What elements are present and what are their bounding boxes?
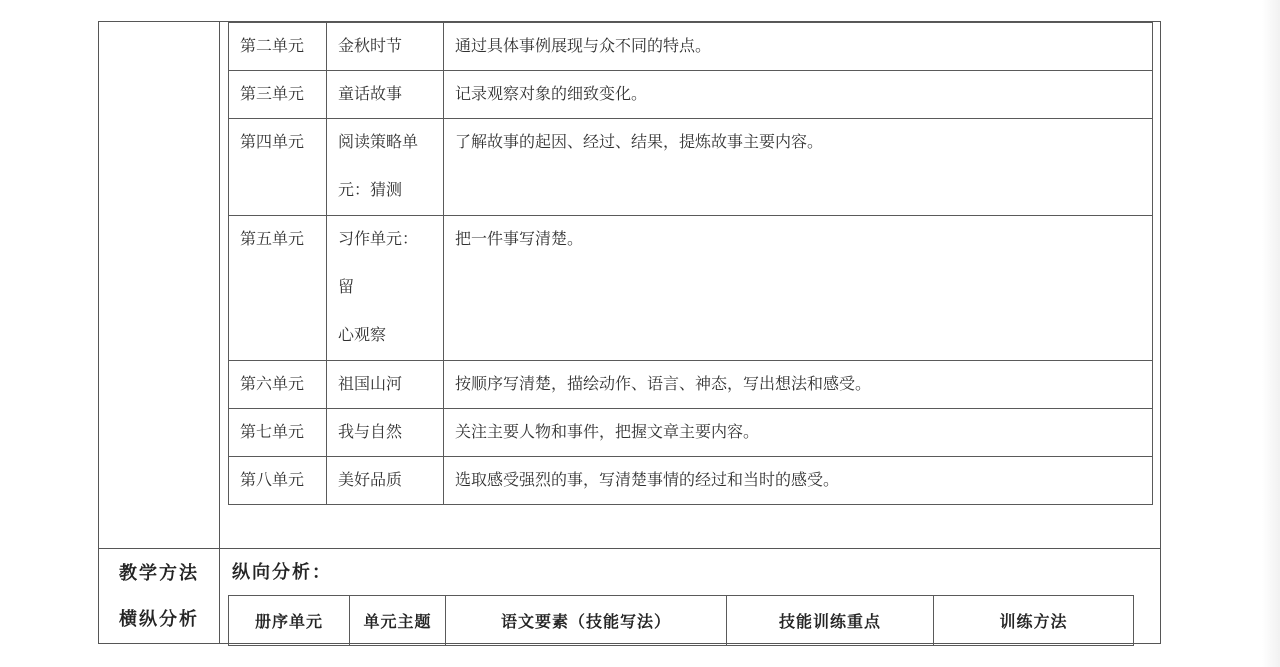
- analysis-column-header: 训练方法: [934, 596, 1134, 646]
- unit-point-cell: 选取感受强烈的事，写清楚事情的经过和当时的感受。: [444, 457, 1153, 505]
- document-page: 第二单元金秋时节通过具体事例展现与众不同的特点。第三单元童话故事记录观察对象的细…: [0, 0, 1280, 667]
- table-row: 第八单元美好品质选取感受强烈的事，写清楚事情的经过和当时的感受。: [229, 457, 1153, 505]
- table-row: 第四单元阅读策略单 元：猜测了解故事的起因、经过、结果，提炼故事主要内容。: [229, 119, 1153, 216]
- unit-number-cell: 第二单元: [229, 23, 327, 71]
- method-row-divider: [99, 548, 1160, 549]
- photo-edge-fade: [1262, 0, 1280, 667]
- method-label-line2: 横纵分析: [99, 596, 219, 642]
- unit-number-cell: 第五单元: [229, 216, 327, 361]
- analysis-header-row: 册序单元单元主题语文要素（技能写法）技能训练重点训练方法: [229, 596, 1134, 646]
- unit-theme-cell: 我与自然: [327, 409, 444, 457]
- analysis-column-header: 册序单元: [229, 596, 350, 646]
- unit-point-cell: 按顺序写清楚，描绘动作、语言、神态，写出想法和感受。: [444, 361, 1153, 409]
- table-row: 第三单元童话故事记录观察对象的细致变化。: [229, 71, 1153, 119]
- unit-number-cell: 第四单元: [229, 119, 327, 216]
- unit-point-cell: 关注主要人物和事件，把握文章主要内容。: [444, 409, 1153, 457]
- unit-theme-cell: 祖国山河: [327, 361, 444, 409]
- unit-theme-cell: 童话故事: [327, 71, 444, 119]
- unit-point-cell: 把一件事写清楚。: [444, 216, 1153, 361]
- unit-number-cell: 第三单元: [229, 71, 327, 119]
- unit-theme-cell: 美好品质: [327, 457, 444, 505]
- unit-number-cell: 第八单元: [229, 457, 327, 505]
- label-column-divider: [219, 22, 220, 643]
- method-label-line1: 教学方法: [99, 550, 219, 596]
- table-row: 第二单元金秋时节通过具体事例展现与众不同的特点。: [229, 23, 1153, 71]
- unit-theme-cell: 习作单元：留 心观察: [327, 216, 444, 361]
- unit-point-cell: 记录观察对象的细致变化。: [444, 71, 1153, 119]
- table-row: 第五单元习作单元：留 心观察把一件事写清楚。: [229, 216, 1153, 361]
- analysis-column-header: 单元主题: [350, 596, 446, 646]
- units-table: 第二单元金秋时节通过具体事例展现与众不同的特点。第三单元童话故事记录观察对象的细…: [228, 22, 1153, 505]
- analysis-column-header: 语文要素（技能写法）: [446, 596, 727, 646]
- unit-point-cell: 通过具体事例展现与众不同的特点。: [444, 23, 1153, 71]
- table-row: 第六单元祖国山河按顺序写清楚，描绘动作、语言、神态，写出想法和感受。: [229, 361, 1153, 409]
- analysis-column-header: 技能训练重点: [727, 596, 934, 646]
- table-row: 第七单元我与自然关注主要人物和事件，把握文章主要内容。: [229, 409, 1153, 457]
- vertical-analysis-title: 纵向分析：: [232, 556, 332, 588]
- unit-point-cell: 了解故事的起因、经过、结果，提炼故事主要内容。: [444, 119, 1153, 216]
- unit-theme-cell: 金秋时节: [327, 23, 444, 71]
- unit-theme-cell: 阅读策略单 元：猜测: [327, 119, 444, 216]
- method-row-label: 教学方法 横纵分析: [99, 550, 219, 642]
- unit-number-cell: 第六单元: [229, 361, 327, 409]
- unit-number-cell: 第七单元: [229, 409, 327, 457]
- units-table-body: 第二单元金秋时节通过具体事例展现与众不同的特点。第三单元童话故事记录观察对象的细…: [229, 23, 1153, 505]
- analysis-header-table: 册序单元单元主题语文要素（技能写法）技能训练重点训练方法: [228, 595, 1134, 646]
